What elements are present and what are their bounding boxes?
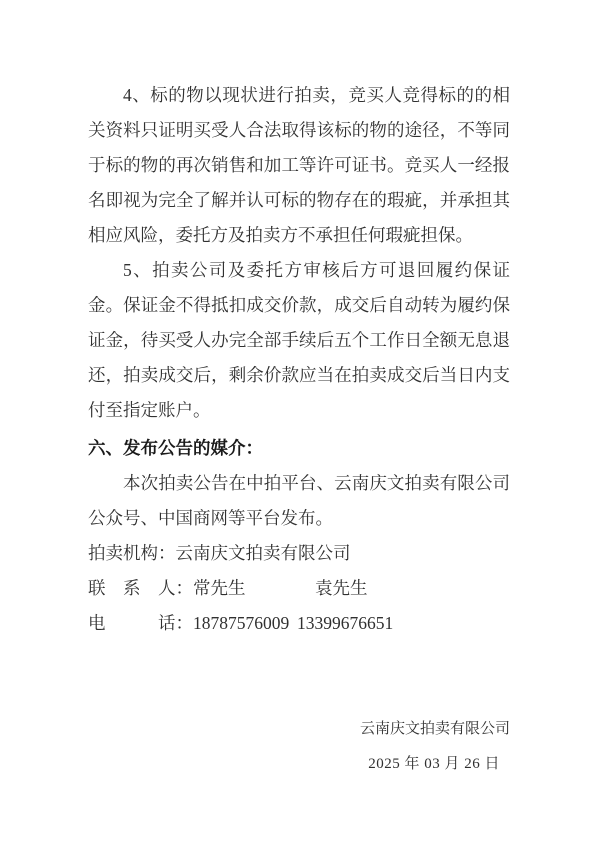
section-six-heading: 六、发布公告的媒介： — [88, 431, 510, 466]
contact-phone-number-2: 13399676651 — [297, 606, 393, 641]
document-page: 4、标的物以现状进行拍卖，竞买人竞得标的的相关资料只证明买受人合法取得该标的物的… — [0, 0, 600, 849]
contact-person-label: 联 系 人： — [88, 578, 193, 598]
signature-date: 2025 年 03 月 26 日 — [88, 747, 510, 782]
contact-person-name-1: 常先生 — [193, 571, 315, 606]
contact-phone-label: 电 话： — [88, 613, 193, 633]
signature-company: 云南庆文拍卖有限公司 — [88, 712, 510, 747]
contact-person-name-2: 袁先生 — [315, 571, 368, 606]
contact-phone-row: 电 话：1878757600913399676651 — [88, 606, 510, 641]
signature-block: 云南庆文拍卖有限公司 2025 年 03 月 26 日 — [88, 712, 510, 782]
auction-agency-line: 拍卖机构：云南庆文拍卖有限公司 — [88, 536, 510, 571]
contact-person-row: 联 系 人：常先生袁先生 — [88, 571, 510, 606]
clause-4-paragraph: 4、标的物以现状进行拍卖，竞买人竞得标的的相关资料只证明买受人合法取得该标的物的… — [88, 78, 510, 253]
contact-phone-number-1: 18787576009 — [193, 606, 297, 641]
clause-5-paragraph: 5、拍卖公司及委托方审核后方可退回履约保证金。保证金不得抵扣成交价款，成交后自动… — [88, 253, 510, 428]
section-six-paragraph: 本次拍卖公告在中拍平台、云南庆文拍卖有限公司公众号、中国商网等平台发布。 — [88, 466, 510, 536]
document-content: 4、标的物以现状进行拍卖，竞买人竞得标的的相关资料只证明买受人合法取得该标的物的… — [88, 78, 510, 782]
